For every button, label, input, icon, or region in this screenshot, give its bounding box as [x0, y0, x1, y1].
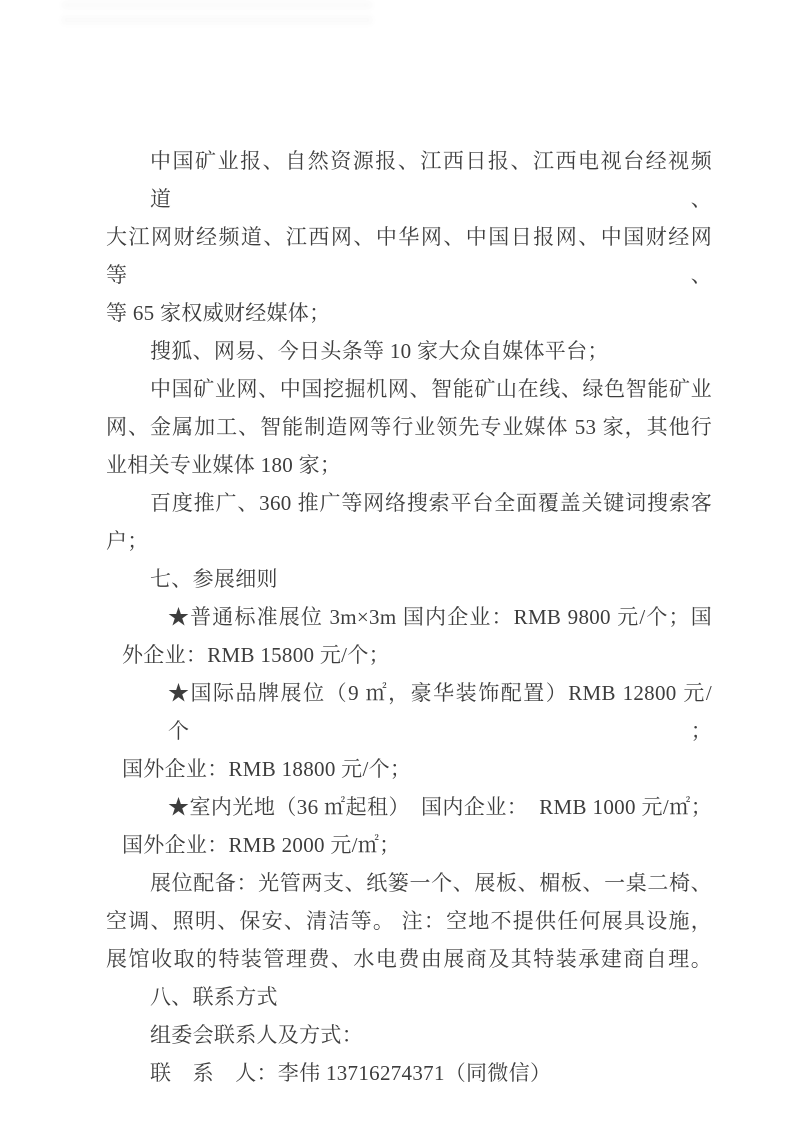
text-line-brand-booth-2: 国外企业：RMB 18800 元/个；	[106, 750, 712, 788]
text-line-industry-media-2: 网、金属加工、智能制造网等行业领先专业媒体 53 家，其他行	[106, 408, 712, 446]
document-page: 中国矿业报、自然资源报、江西日报、江西电视台经视频道、 大江网财经频道、江西网、…	[0, 0, 800, 1131]
text-line-search-promo-1: 百度推广、360 推广等网络搜索平台全面覆盖关键词搜索客	[106, 484, 712, 522]
section8-heading: 八、联系方式	[106, 978, 712, 1016]
text-line-industry-media-1: 中国矿业网、中国挖掘机网、智能矿山在线、绿色智能矿业	[106, 370, 712, 408]
text-line-selfmedia: 搜狐、网易、今日头条等 10 家大众自媒体平台；	[106, 332, 712, 370]
text-line-standard-booth-1: ★普通标准展位 3m×3m 国内企业：RMB 9800 元/个；国	[106, 598, 712, 636]
text-line-raw-space-1: ★室内光地（36 ㎡起租） 国内企业： RMB 1000 元/㎡；	[106, 788, 712, 826]
text-line-raw-space-2: 国外企业：RMB 2000 元/㎡；	[106, 826, 712, 864]
scan-bleed-artifact	[62, 2, 372, 36]
text-line-standard-booth-2: 外企业：RMB 15800 元/个；	[106, 636, 712, 674]
text-line-media-list-2: 大江网财经频道、江西网、中华网、中国日报网、中国财经网等、	[106, 218, 712, 294]
text-line-brand-booth-1: ★国际品牌展位（9 ㎡，豪华装饰配置）RMB 12800 元/个；	[106, 674, 712, 750]
document-text-body: 中国矿业报、自然资源报、江西日报、江西电视台经视频道、 大江网财经频道、江西网、…	[106, 142, 712, 1092]
text-line-committee-contact: 组委会联系人及方式：	[106, 1016, 712, 1054]
text-line-search-promo-2: 户；	[106, 522, 712, 560]
text-line-booth-equip-2: 空调、照明、保安、清洁等。 注：空地不提供任何展具设施，	[106, 902, 712, 940]
text-line-booth-equip-1: 展位配备：光管两支、纸篓一个、展板、楣板、一桌二椅、	[106, 864, 712, 902]
text-line-contact-person: 联 系 人：李伟 13716274371（同微信）	[106, 1054, 712, 1092]
text-line-media-list-1: 中国矿业报、自然资源报、江西日报、江西电视台经视频道、	[106, 142, 712, 218]
text-line-booth-equip-3: 展馆收取的特装管理费、水电费由展商及其特装承建商自理。	[106, 940, 712, 978]
text-line-media-list-3: 等 65 家权威财经媒体；	[106, 294, 712, 332]
text-line-industry-media-3: 业相关专业媒体 180 家；	[106, 446, 712, 484]
section7-heading: 七、参展细则	[106, 560, 712, 598]
